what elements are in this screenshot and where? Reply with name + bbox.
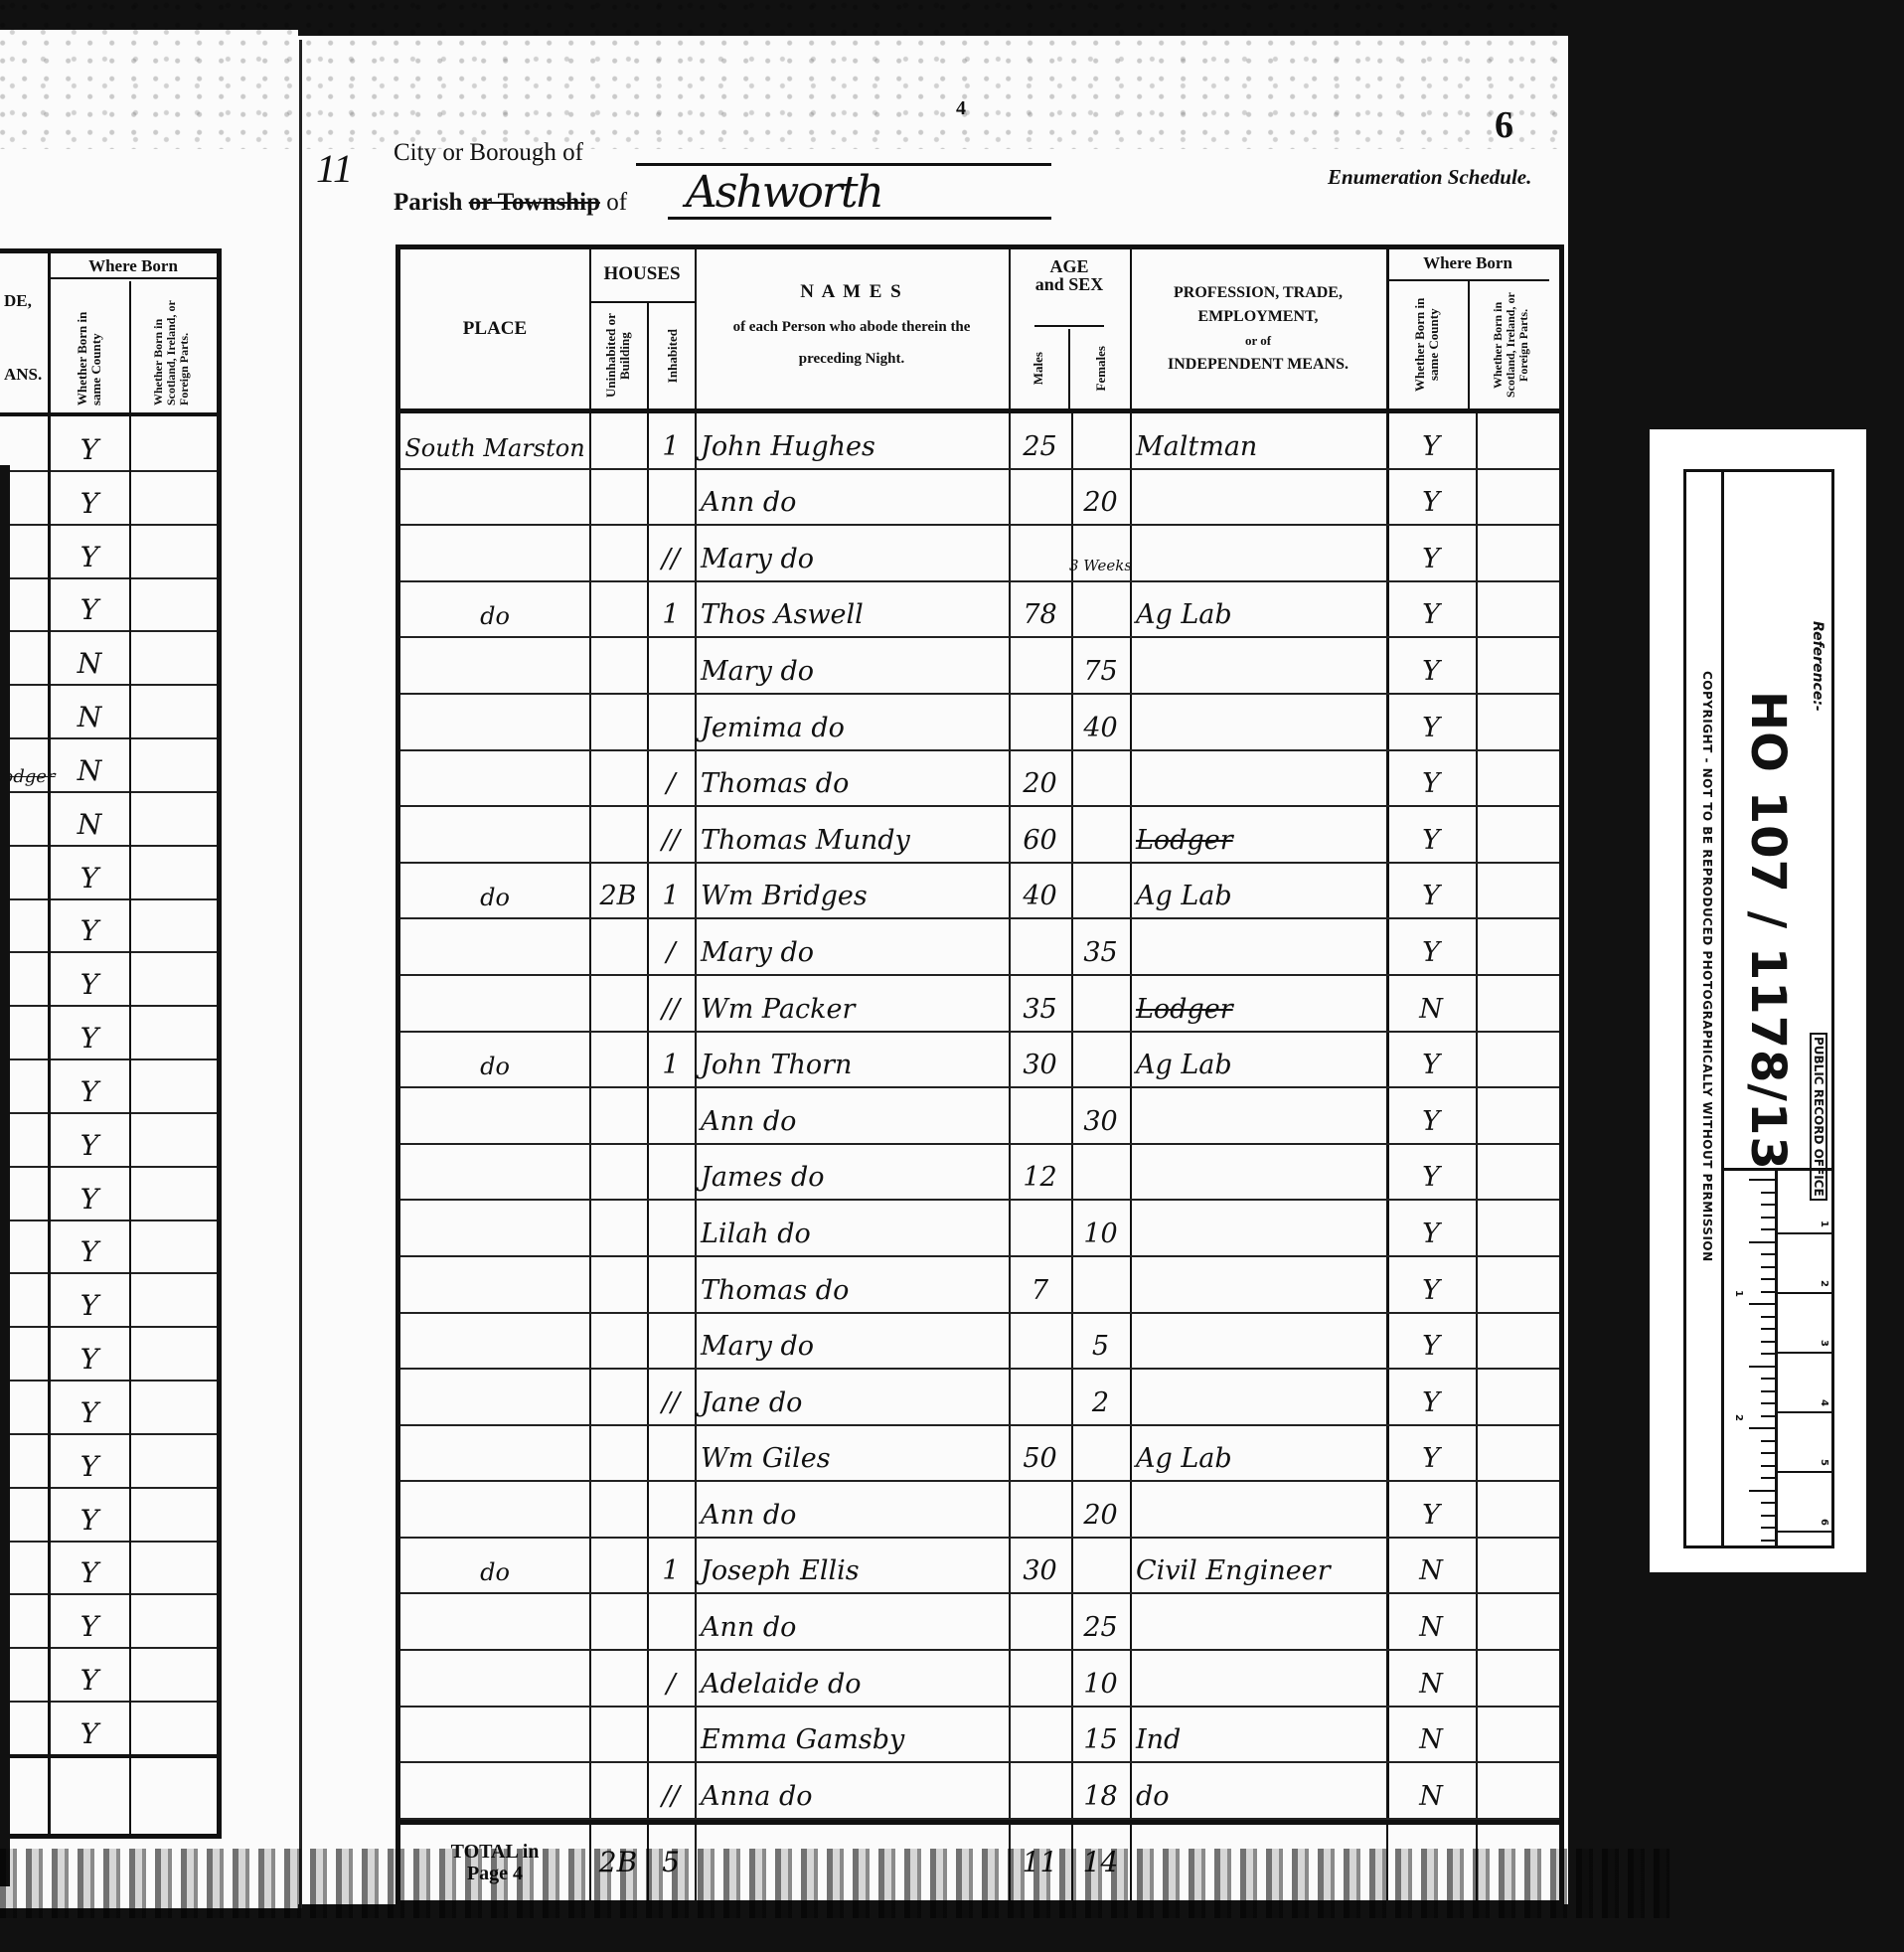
cell-inhabited — [647, 1314, 695, 1369]
cell-place — [400, 638, 589, 693]
cell-uninhabited — [589, 751, 647, 806]
cell-profession: Lodger — [1136, 807, 1386, 862]
header-profession-line1: PROFESSION, TRADE, — [1130, 281, 1386, 305]
cell-female: 3 Weeks — [1071, 526, 1130, 580]
table-row: James do12Y — [400, 1145, 1559, 1202]
cell-female: 5 — [1071, 1314, 1130, 1369]
cell-same-county: Y — [1386, 919, 1476, 974]
cell-place — [400, 470, 589, 525]
cell-place — [400, 1201, 589, 1255]
census-table: PLACE HOUSES Uninhabited or Building Inh… — [396, 244, 1564, 1905]
cell-inhabited: 1 — [647, 1539, 695, 1593]
cell-foreign — [1476, 1370, 1549, 1424]
total-males: 11 — [1009, 1825, 1071, 1900]
left-cell-same-county: Y — [50, 1593, 129, 1647]
cell-inhabited: // — [647, 526, 695, 580]
cell-uninhabited — [589, 1145, 647, 1200]
table-row: do2B1Wm Bridges40Ag LabY — [400, 864, 1559, 920]
cell-uninhabited — [589, 470, 647, 525]
cell-name: Mary do — [701, 1314, 1009, 1369]
cell-name: Emma Gamsby — [701, 1708, 1009, 1762]
cell-uninhabited — [589, 1482, 647, 1537]
left-table-row: Y — [0, 1433, 217, 1489]
cell-male: 30 — [1009, 1033, 1071, 1087]
cell-female: 10 — [1071, 1201, 1130, 1255]
table-row: //Mary do3 WeeksY — [400, 526, 1559, 582]
table-row: do1John Thorn30Ag LabY — [400, 1033, 1559, 1089]
cell-male: 40 — [1009, 864, 1071, 918]
cell-profession — [1136, 1482, 1386, 1537]
left-cell-same-county: N — [50, 737, 129, 791]
cell-male — [1009, 470, 1071, 525]
city-label: City or Borough of — [394, 139, 583, 167]
header-where-born: Where Born Whether Born in same County W… — [1386, 249, 1549, 408]
cell-female: 35 — [1071, 919, 1130, 974]
cell-profession — [1136, 470, 1386, 525]
cell-inhabited: 1 — [647, 582, 695, 637]
left-table-row: Y — [0, 524, 217, 579]
cell-profession — [1136, 526, 1386, 580]
cell-uninhabited — [589, 1708, 647, 1762]
left-cell-same-county: Y — [50, 1541, 129, 1594]
cell-male — [1009, 1201, 1071, 1255]
table-row: Ann do20Y — [400, 470, 1559, 527]
cell-uninhabited — [589, 638, 647, 693]
cell-male: 78 — [1009, 582, 1071, 637]
cell-male — [1009, 1314, 1071, 1369]
cell-male: 50 — [1009, 1426, 1071, 1481]
cell-foreign — [1476, 1482, 1549, 1537]
cell-female: 18 — [1071, 1763, 1130, 1818]
cell-male: 20 — [1009, 751, 1071, 806]
cell-name: Mary do — [701, 638, 1009, 693]
left-cell-same-county: Y — [50, 1272, 129, 1326]
cell-foreign — [1476, 1426, 1549, 1481]
ruler-cm-label: 5 — [1819, 1459, 1829, 1466]
cell-foreign — [1476, 413, 1549, 468]
left-table-row: N — [0, 791, 217, 847]
header-same-county: Whether Born in same County — [1413, 285, 1441, 405]
cell-same-county: N — [1386, 1651, 1476, 1706]
cell-profession: Ag Lab — [1136, 1033, 1386, 1087]
cell-profession — [1136, 1088, 1386, 1143]
cell-male — [1009, 638, 1071, 693]
left-table-row: Y — [0, 1701, 217, 1756]
cell-same-county: N — [1386, 976, 1476, 1031]
total-label-line2: Page 4 — [451, 1863, 540, 1884]
cell-female: 25 — [1071, 1594, 1130, 1649]
cell-place — [400, 751, 589, 806]
cell-uninhabited — [589, 976, 647, 1031]
cell-name: John Hughes — [701, 413, 1009, 468]
left-cell-same-county: Y — [50, 470, 129, 524]
cell-name: Lilah do — [701, 1201, 1009, 1255]
cell-profession — [1136, 1145, 1386, 1200]
reference-label: Reference:- — [1810, 621, 1825, 712]
cell-female — [1071, 1426, 1130, 1481]
cell-uninhabited — [589, 413, 647, 468]
cell-female — [1071, 582, 1130, 637]
cell-name: Jemima do — [701, 695, 1009, 749]
cell-name: Mary do — [701, 919, 1009, 974]
ruler-inch-label: 1 — [1733, 1290, 1744, 1297]
cell-name: Wm Packer — [701, 976, 1009, 1031]
cell-name: Jane do — [701, 1370, 1009, 1424]
cell-same-county: N — [1386, 1708, 1476, 1762]
cell-foreign — [1476, 807, 1549, 862]
cell-uninhabited — [589, 1314, 647, 1369]
cell-profession — [1136, 1314, 1386, 1369]
cell-place — [400, 1708, 589, 1762]
cell-place: do — [400, 1033, 589, 1087]
cell-female — [1071, 413, 1130, 468]
left-table-row: Y — [0, 1005, 217, 1060]
folio-number: 6 — [1495, 103, 1513, 147]
cell-uninhabited — [589, 1426, 647, 1481]
header-names: N A M E S of each Person who abode there… — [695, 249, 1009, 408]
cell-same-county: N — [1386, 1594, 1476, 1649]
left-header-foreign: Whether Born in Scotland, Ireland, or Fo… — [152, 288, 191, 406]
cell-inhabited: 1 — [647, 1033, 695, 1087]
cell-foreign — [1476, 919, 1549, 974]
cell-male — [1009, 919, 1071, 974]
header-names-sub: of each Person who abode therein the pre… — [722, 311, 981, 375]
left-table-row: Y — [0, 1541, 217, 1596]
cell-female — [1071, 1257, 1130, 1312]
cell-foreign — [1476, 1539, 1549, 1593]
table-row: Ann do20Y — [400, 1482, 1559, 1539]
cell-place — [400, 526, 589, 580]
cell-name: Anna do — [701, 1763, 1009, 1818]
table-row: Wm Giles50Ag LabY — [400, 1426, 1559, 1483]
cell-place: do — [400, 864, 589, 918]
cell-profession — [1136, 695, 1386, 749]
cell-place — [400, 1257, 589, 1312]
cell-female: 15 — [1071, 1708, 1130, 1762]
ruler-cm-label: 1 — [1819, 1220, 1829, 1227]
ruler-cm-label: 6 — [1819, 1519, 1829, 1526]
cell-profession: Civil Engineer — [1136, 1539, 1386, 1593]
left-cell-same-county: Y — [50, 1647, 129, 1701]
parish-label-suffix: of — [606, 189, 627, 216]
cell-female — [1071, 864, 1130, 918]
left-table-row: Y — [0, 1220, 217, 1275]
cell-name: Ann do — [701, 1594, 1009, 1649]
cell-name: James do — [701, 1145, 1009, 1200]
cell-name: John Thorn — [701, 1033, 1009, 1087]
table-row: Emma Gamsby15IndN — [400, 1708, 1559, 1764]
cell-same-county: Y — [1386, 1370, 1476, 1424]
left-cell-same-county: Y — [50, 1701, 129, 1754]
total-label-line1: TOTAL in — [451, 1841, 540, 1863]
ruler-cm-label: 3 — [1819, 1340, 1829, 1347]
header-where-born-title: Where Born — [1386, 249, 1549, 281]
cell-place: do — [400, 582, 589, 637]
cell-name: Thomas Mundy — [701, 807, 1009, 862]
page-number: 4 — [956, 97, 966, 120]
cell-profession: Ag Lab — [1136, 864, 1386, 918]
cell-place — [400, 1651, 589, 1706]
cell-place — [400, 1088, 589, 1143]
header-profession-line2: EMPLOYMENT, — [1130, 305, 1386, 329]
cell-name: Ann do — [701, 470, 1009, 525]
cell-female: 40 — [1071, 695, 1130, 749]
cell-female — [1071, 751, 1130, 806]
table-row: Lilah do10Y — [400, 1201, 1559, 1257]
left-cell-same-county: N — [50, 791, 129, 845]
cell-profession — [1136, 1370, 1386, 1424]
cell-uninhabited — [589, 695, 647, 749]
cell-same-county: Y — [1386, 1314, 1476, 1369]
cell-uninhabited — [589, 1594, 647, 1649]
left-total-row — [0, 1754, 217, 1834]
cell-profession: Ag Lab — [1136, 1426, 1386, 1481]
cell-same-county: N — [1386, 1763, 1476, 1818]
ruler-cm-label: 2 — [1819, 1280, 1829, 1287]
cell-place — [400, 807, 589, 862]
table-row: do1Joseph Ellis30Civil EngineerN — [400, 1539, 1559, 1595]
left-table-row: N — [0, 630, 217, 686]
cell-uninhabited — [589, 1370, 647, 1424]
cell-uninhabited — [589, 1539, 647, 1593]
left-cell-same-county: N — [50, 684, 129, 737]
left-table-row: Y — [0, 416, 217, 472]
reference-code: HO 107 / 1178/13 — [1740, 691, 1796, 1171]
cell-same-county: Y — [1386, 1201, 1476, 1255]
ruler-inch-label: 2 — [1733, 1414, 1744, 1421]
left-table-row: Y — [0, 898, 217, 954]
cell-profession: Ag Lab — [1136, 582, 1386, 637]
left-cell-same-county: Y — [50, 1487, 129, 1541]
cell-place — [400, 695, 589, 749]
copyright-notice: COPYRIGHT - NOT TO BE REPRODUCED PHOTOGR… — [1700, 671, 1714, 1262]
cell-female: 75 — [1071, 638, 1130, 693]
cell-place — [400, 1145, 589, 1200]
cell-male — [1009, 1370, 1071, 1424]
left-cell-same-county: N — [50, 630, 129, 684]
cell-female — [1071, 807, 1130, 862]
cell-uninhabited — [589, 1201, 647, 1255]
left-table-row: Y — [0, 577, 217, 633]
cell-name: Adelaide do — [701, 1651, 1009, 1706]
left-cell-same-county: Y — [50, 1058, 129, 1112]
cell-male — [1009, 695, 1071, 749]
left-cell-same-county: Y — [50, 524, 129, 577]
table-header: PLACE HOUSES Uninhabited or Building Inh… — [400, 249, 1559, 413]
cell-place — [400, 1314, 589, 1369]
table-row: //Thomas Mundy60LodgerY — [400, 807, 1559, 864]
left-table-row: Y — [0, 1272, 217, 1328]
left-table-row: Y — [0, 1647, 217, 1703]
header-males: Males — [1031, 352, 1045, 385]
cell-foreign — [1476, 1257, 1549, 1312]
left-cell-same-county: Y — [50, 577, 129, 631]
header-females: Females — [1094, 346, 1108, 391]
cell-inhabited — [647, 1426, 695, 1481]
total-uninhabited: 2B — [589, 1825, 647, 1900]
left-header-where-born: Where Born — [50, 253, 217, 279]
left-header-fragment-1: DE, — [4, 291, 32, 311]
cell-same-county: Y — [1386, 1426, 1476, 1481]
header-profession-line4: INDEPENDENT MEANS. — [1130, 353, 1386, 377]
cell-place — [400, 976, 589, 1031]
left-table-row: Y — [0, 1166, 217, 1221]
cell-foreign — [1476, 638, 1549, 693]
cell-place: do — [400, 1539, 589, 1593]
left-table-row: Y — [0, 1380, 217, 1435]
left-table-row: Y — [0, 1112, 217, 1168]
header-names-title: N A M E S — [695, 249, 1009, 303]
cell-place: South Marston — [400, 413, 589, 468]
cell-female: 20 — [1071, 470, 1130, 525]
cell-inhabited: // — [647, 1370, 695, 1424]
cell-same-county: Y — [1386, 1033, 1476, 1087]
cell-place — [400, 1763, 589, 1818]
table-row: Jemima do40Y — [400, 695, 1559, 751]
left-header-same-county: Whether Born in same County — [76, 288, 103, 406]
cell-profession — [1136, 638, 1386, 693]
left-table-row: NLodger — [0, 737, 217, 793]
cell-place — [400, 1370, 589, 1424]
total-females: 14 — [1071, 1825, 1130, 1900]
cell-male: 35 — [1009, 976, 1071, 1031]
left-table-row: Y — [0, 1487, 217, 1543]
table-row: //Jane do2Y — [400, 1370, 1559, 1426]
left-cell-same-county: Y — [50, 845, 129, 898]
cell-inhabited: / — [647, 751, 695, 806]
parish-value: Ashworth — [686, 167, 882, 218]
cell-foreign — [1476, 470, 1549, 525]
cell-same-county: Y — [1386, 526, 1476, 580]
left-table-row: Y — [0, 1593, 217, 1649]
table-row: //Anna do18doN — [400, 1763, 1559, 1820]
cell-male — [1009, 1763, 1071, 1818]
cell-uninhabited — [589, 526, 647, 580]
left-table-row: N — [0, 684, 217, 739]
cell-name: Thos Aswell — [701, 582, 1009, 637]
table-row: /Mary do35Y — [400, 919, 1559, 976]
header-profession: PROFESSION, TRADE, EMPLOYMENT, or of IND… — [1130, 249, 1386, 408]
total-row: TOTAL in Page 4 2B 5 11 14 — [400, 1820, 1559, 1900]
cell-same-county: Y — [1386, 470, 1476, 525]
cell-name: Ann do — [701, 1482, 1009, 1537]
cell-male — [1009, 1651, 1071, 1706]
left-table-row: Y — [0, 951, 217, 1007]
cell-same-county: Y — [1386, 638, 1476, 693]
cell-profession — [1136, 1201, 1386, 1255]
cell-same-county: Y — [1386, 695, 1476, 749]
left-cell-same-county: Y — [50, 951, 129, 1005]
cell-foreign — [1476, 1314, 1549, 1369]
cell-profession — [1136, 919, 1386, 974]
cell-foreign — [1476, 1594, 1549, 1649]
cell-inhabited — [647, 1594, 695, 1649]
header-profession-line3: or of — [1130, 329, 1386, 353]
parish-field-line — [668, 217, 1051, 220]
cell-inhabited: // — [647, 807, 695, 862]
cell-female — [1071, 1145, 1130, 1200]
cell-inhabited: 1 — [647, 864, 695, 918]
cell-female: 10 — [1071, 1651, 1130, 1706]
cell-female: 20 — [1071, 1482, 1130, 1537]
cell-foreign — [1476, 1145, 1549, 1200]
cell-female — [1071, 976, 1130, 1031]
cell-male — [1009, 1708, 1071, 1762]
cell-inhabited — [647, 1482, 695, 1537]
cell-profession — [1136, 751, 1386, 806]
cell-same-county: Y — [1386, 1145, 1476, 1200]
cell-place — [400, 1482, 589, 1537]
cell-foreign — [1476, 751, 1549, 806]
cell-same-county: Y — [1386, 1088, 1476, 1143]
left-table-header: DE, ANS. Where Born Whether Born in same… — [0, 253, 217, 416]
parish-label-prefix: Parish — [394, 189, 462, 216]
cell-profession: Ind — [1136, 1708, 1386, 1762]
header-foreign: Whether Born in Scotland, Ireland, or Fo… — [1492, 285, 1530, 405]
cell-profession: Lodger — [1136, 976, 1386, 1031]
table-row: Ann do30Y — [400, 1088, 1559, 1145]
cell-place — [400, 1426, 589, 1481]
cell-inhabited — [647, 1708, 695, 1762]
cell-foreign — [1476, 526, 1549, 580]
cell-name: Thomas do — [701, 1257, 1009, 1312]
cell-same-county: Y — [1386, 1257, 1476, 1312]
cell-name: Ann do — [701, 1088, 1009, 1143]
cell-foreign — [1476, 1201, 1549, 1255]
cell-inhabited: // — [647, 1763, 695, 1818]
cell-male: 30 — [1009, 1539, 1071, 1593]
table-row: do1Thos Aswell78Ag LabY — [400, 582, 1559, 639]
cell-male — [1009, 526, 1071, 580]
cell-name: Thomas do — [701, 751, 1009, 806]
cell-female: 30 — [1071, 1088, 1130, 1143]
cell-uninhabited — [589, 919, 647, 974]
table-row: //Wm Packer35LodgerN — [400, 976, 1559, 1033]
left-header-fragment-2: ANS. — [4, 365, 42, 385]
table-row: Mary do5Y — [400, 1314, 1559, 1371]
cell-uninhabited — [589, 1763, 647, 1818]
cell-male — [1009, 1482, 1071, 1537]
header-age-sex-title: AGE and SEX — [1034, 249, 1104, 327]
cell-uninhabited — [589, 1651, 647, 1706]
cell-male: 12 — [1009, 1145, 1071, 1200]
cell-uninhabited — [589, 1257, 647, 1312]
table-row: South Marston1John Hughes25MaltmanY — [400, 413, 1559, 470]
cell-male: 60 — [1009, 807, 1071, 862]
reference-card-frame: Reference:- HO 107 / 1178/13 PUBLIC RECO… — [1683, 469, 1834, 1548]
left-table-row: Y — [0, 1326, 217, 1382]
cell-inhabited: / — [647, 919, 695, 974]
cell-profession — [1136, 1651, 1386, 1706]
parish-label-struck: or Township — [469, 189, 600, 216]
table-row: Ann do25N — [400, 1594, 1559, 1651]
header-age-sex: AGE and SEX Males Females — [1009, 249, 1130, 408]
cell-name: Wm Giles — [701, 1426, 1009, 1481]
left-cell-same-county: Y — [50, 1433, 129, 1487]
header-uninhabited: Uninhabited or Building — [604, 303, 632, 408]
cell-female — [1071, 1539, 1130, 1593]
left-table-row: Y — [0, 1058, 217, 1114]
cell-male: 25 — [1009, 413, 1071, 468]
cell-uninhabited — [589, 807, 647, 862]
city-field-line — [636, 163, 1051, 166]
cell-same-county: Y — [1386, 751, 1476, 806]
cell-profession: Maltman — [1136, 413, 1386, 468]
table-row: Thomas do7Y — [400, 1257, 1559, 1314]
left-cell-same-county: Y — [50, 1166, 129, 1220]
cell-foreign — [1476, 1088, 1549, 1143]
cell-inhabited — [647, 695, 695, 749]
